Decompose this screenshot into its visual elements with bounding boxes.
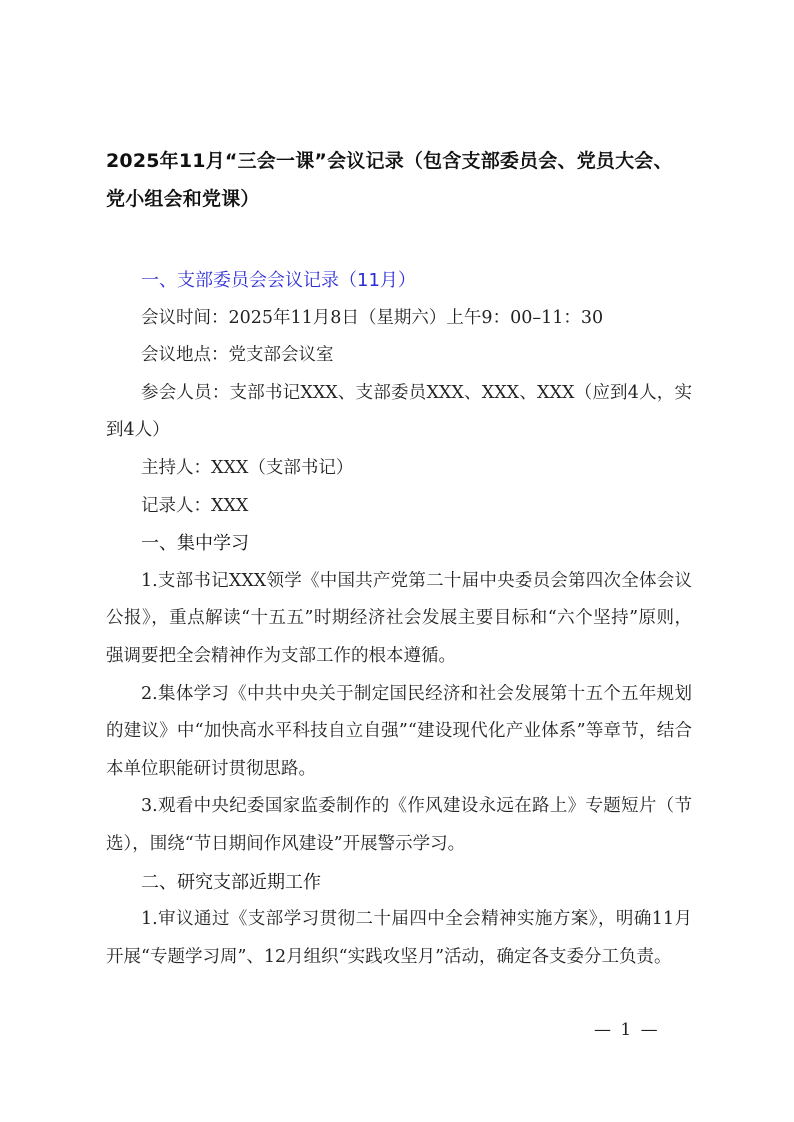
study-item: 3.观看中央纪委国家监委制作的《作风建设永远在路上》专题短片（节选），围绕“节日… <box>106 788 692 863</box>
study-item: 1.支部书记XXX领学《中国共产党第二十届中央委员会第四次全体会议公报》，重点解… <box>106 563 692 676</box>
meeting-location: 会议地点：党支部会议室 <box>106 337 692 375</box>
work-item: 1.审议通过《支部学习贯彻二十届四中全会精神实施方案》，明确11月开展“专题学习… <box>106 901 692 976</box>
meeting-time: 会议时间：2025年11月8日（星期六）上午9：00–11：30 <box>106 300 692 338</box>
part-heading-work: 二、研究支部近期工作 <box>106 864 692 902</box>
study-item: 2.集体学习《中共中央关于制定国民经济和社会发展第十五个五年规划的建议》中“加快… <box>106 676 692 789</box>
section-heading-branch-committee: 一、支部委员会会议记录（11月） <box>106 262 692 300</box>
document-page: 2025年11月“三会一课”会议记录（包含支部委员会、党员大会、党小组会和党课）… <box>0 0 794 1122</box>
page-number: — 1 — <box>594 1020 660 1040</box>
document-body: 一、支部委员会会议记录（11月） 会议时间：2025年11月8日（星期六）上午9… <box>106 262 692 976</box>
meeting-recorder: 记录人：XXX <box>106 488 692 526</box>
meeting-host: 主持人：XXX（支部书记） <box>106 450 692 488</box>
document-title: 2025年11月“三会一课”会议记录（包含支部委员会、党员大会、党小组会和党课） <box>106 142 686 218</box>
meeting-attendees: 参会人员：支部书记XXX、支部委员XXX、XXX、XXX（应到4人，实到4人） <box>106 375 692 450</box>
part-heading-study: 一、集中学习 <box>106 525 692 563</box>
